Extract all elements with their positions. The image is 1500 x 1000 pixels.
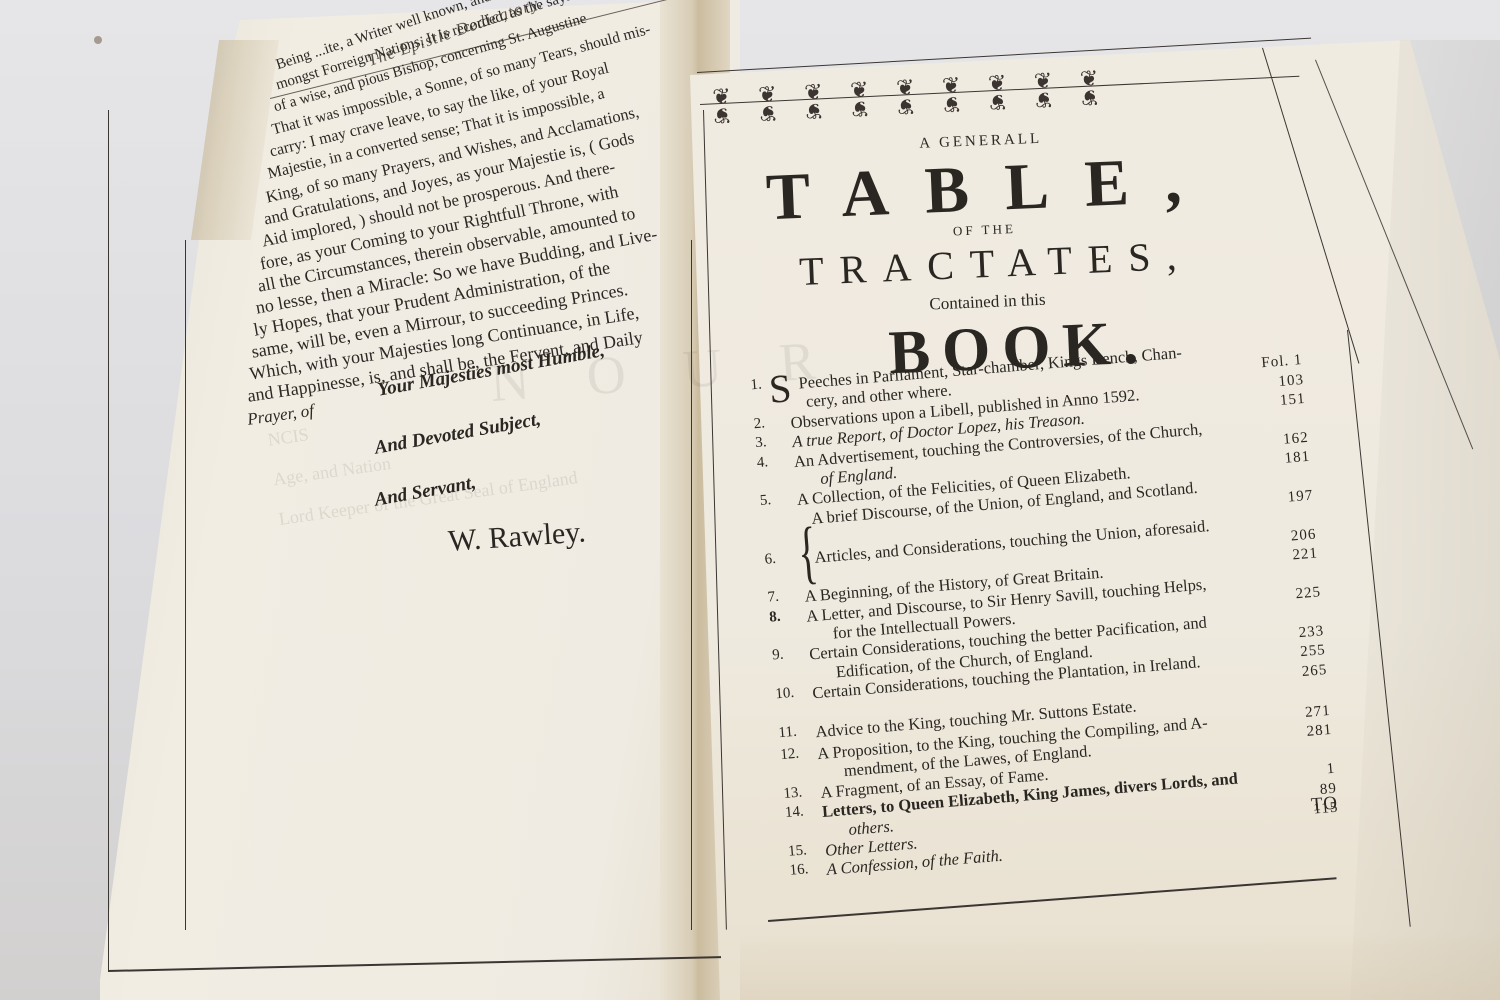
toc-page: 206 — [1290, 526, 1317, 545]
fleuron-ornament — [930, 73, 974, 113]
toc-number: 4. — [756, 452, 791, 472]
toc-number: 3. — [755, 433, 790, 453]
toc-page: 103 — [1278, 372, 1305, 391]
toc-number: 14. — [784, 802, 819, 822]
toc-number: 12. — [780, 744, 815, 764]
toc-page: 271 — [1305, 703, 1332, 722]
fleuron-ornament — [838, 77, 882, 117]
open-book: N O U R NCIS Age, and Nation Lord Keeper… — [0, 0, 1500, 1000]
page-bottom-margin — [740, 930, 1500, 1000]
toc-number: 11. — [778, 723, 813, 743]
toc-page: 281 — [1306, 722, 1333, 741]
toc-page: 181 — [1284, 449, 1311, 468]
fleuron-ornament — [700, 84, 744, 124]
toc-number: 15. — [788, 841, 823, 861]
fleuron-ornament — [746, 82, 790, 122]
toc-page: 265 — [1301, 662, 1328, 681]
fleuron-ornament — [1068, 66, 1112, 106]
fleuron-ornament — [976, 70, 1020, 110]
toc-page: 1 — [1326, 761, 1336, 779]
toc-page: 225 — [1295, 584, 1322, 603]
fleuron-ornament — [792, 79, 836, 119]
fleuron-ornament — [884, 75, 928, 115]
toc-page: 221 — [1292, 546, 1319, 565]
toc-page: 255 — [1300, 642, 1327, 661]
toc-page: 233 — [1298, 623, 1325, 642]
toc-number: 10. — [775, 684, 810, 704]
toc-number: 16. — [789, 860, 824, 880]
toc-page: Fol. 1 — [1261, 352, 1303, 372]
toc-page: 162 — [1283, 430, 1310, 449]
toc-page: 151 — [1279, 391, 1306, 410]
table-of-contents: 1. S Peeches in Parliament, Star-chamber… — [742, 333, 1341, 883]
toc-number: 7. — [767, 587, 802, 607]
toc-number: 13. — [783, 783, 818, 803]
toc-number: 2. — [753, 413, 788, 433]
toc-number: 9. — [772, 645, 807, 665]
catchword: TO — [1310, 793, 1339, 817]
toc-number: 6. — [764, 549, 799, 569]
toc-number: 8. — [769, 607, 804, 627]
toc-number: 5. — [759, 491, 794, 511]
fleuron-ornament — [1022, 68, 1066, 108]
toc-page: 197 — [1287, 488, 1314, 507]
